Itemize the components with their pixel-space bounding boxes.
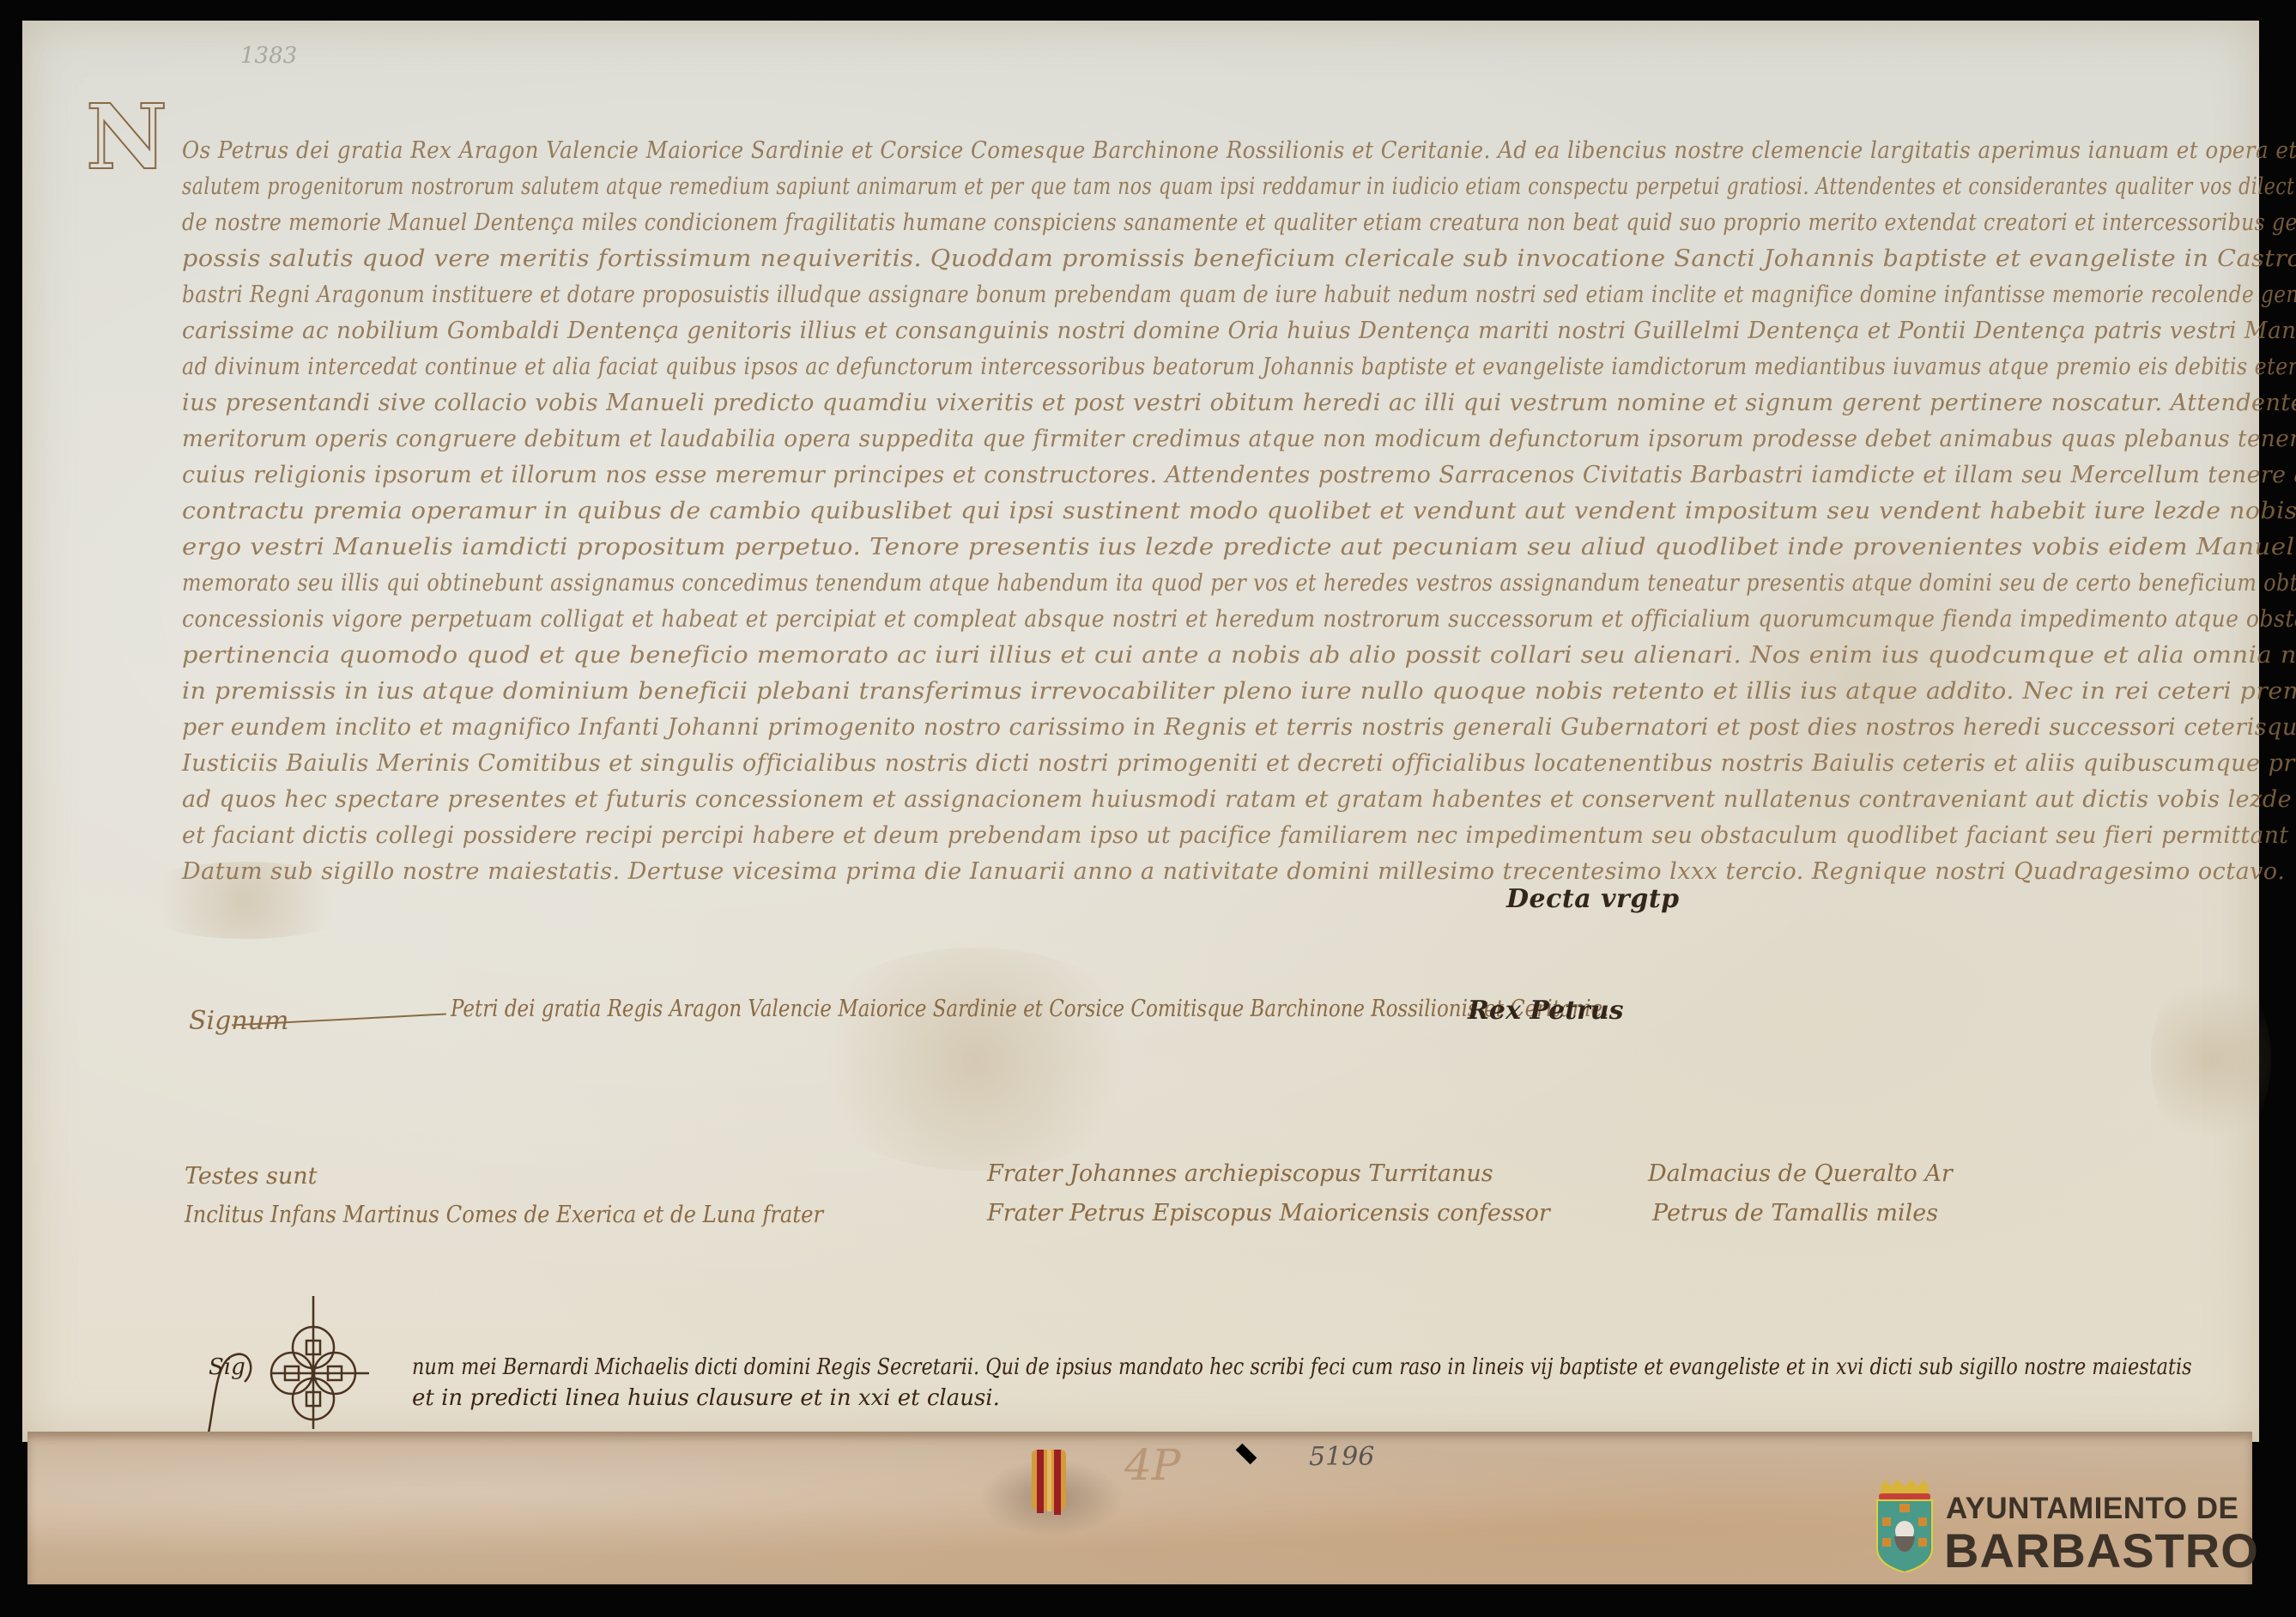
text-line: memorato seu illis qui obtinebunt assign…	[182, 570, 2296, 597]
text-line: et faciant dictis collegi possidere reci…	[182, 822, 2296, 849]
text-line: per eundem inclito et magnifico Infanti …	[182, 714, 2296, 741]
witness-name: Frater Petrus Episcopus Maioricensis con…	[987, 1200, 1550, 1226]
text-line: Os Petrus dei gratia Rex Aragon Valencie…	[182, 137, 2296, 164]
witness-name: Frater Johannes archiepiscopus Turritanu…	[987, 1160, 1493, 1187]
ayuntamiento-barbastro-watermark: AYUNTAMIENTO DE BARBASTRO	[1875, 1480, 2279, 1583]
text-line: ad divinum intercedat continue et alia f…	[182, 354, 2296, 380]
royal-signum-text: Petri dei gratia Regis Aragon Valencie M…	[451, 996, 1608, 1022]
text-line: meritorum operis congruere debitum et la…	[182, 426, 2296, 452]
coat-of-arms-icon	[1875, 1480, 1934, 1572]
notary-subscription-line-1: num mei Bernardi Michaelis dicti domini …	[412, 1354, 2192, 1380]
notary-subscription-line-2: et in predicti linea huius clausure et i…	[412, 1385, 1000, 1411]
signum-label: Signum	[189, 1006, 288, 1036]
text-line: de nostre memorie Manuel Dentença miles …	[182, 209, 2296, 236]
seal-cord-icon	[1030, 1446, 1068, 1515]
text-line: salutem progenitorum nostrorum salutem a…	[182, 173, 2296, 200]
witness-name: Inclitus Infans Martinus Comes de Exeric…	[185, 1202, 823, 1228]
edge-stain	[2151, 965, 2271, 1154]
text-line: carissime ac nobilium Gombaldi Dentença …	[182, 318, 2296, 344]
dating-clause: Datum sub sigillo nostre maiestatis. Der…	[182, 858, 2285, 885]
royal-subscription: Rex Petrus	[1468, 996, 1624, 1026]
text-line: ius presentandi sive collacio vobis Manu…	[182, 390, 2296, 416]
text-line: concessionis vigore perpetuam colligat e…	[182, 606, 2296, 633]
text-line: cuius religionis ipsorum et illorum nos …	[182, 462, 2296, 488]
decorated-initial: N	[86, 100, 180, 175]
text-line: ergo vestri Manuelis iamdicti propositum…	[182, 534, 2296, 560]
notary-sign-label: Sig	[209, 1354, 245, 1380]
witness-name: Petrus de Tamallis miles	[1652, 1200, 1938, 1226]
watermark-line-1: AYUNTAMIENTO DE	[1946, 1492, 2238, 1526]
text-line: possis salutis quod vere meritis fortiss…	[182, 245, 2296, 272]
archive-number: 1383	[240, 43, 297, 69]
water-stain	[795, 948, 1155, 1171]
fold-inscription-right: 5196	[1309, 1442, 1374, 1472]
text-line: in premissis in ius atque dominium benef…	[182, 678, 2296, 705]
witnesses-heading: Testes sunt	[185, 1163, 318, 1190]
witness-name: Dalmacius de Queralto Ar	[1648, 1160, 1953, 1187]
watermark-line-2: BARBASTRO	[1944, 1523, 2259, 1578]
text-line: Iusticiis Baiulis Merinis Comitibus et s…	[182, 750, 2296, 777]
text-line: contractu premia operamur in quibus de c…	[182, 498, 2296, 524]
text-line: bastri Regni Aragonum instituere et dota…	[182, 282, 2296, 308]
text-line: ad quos hec spectare presentes et futuri…	[182, 786, 2296, 813]
registration-note: Decta vrgtp	[1506, 884, 1680, 914]
text-line: pertinencia quomodo quod et que benefici…	[182, 642, 2296, 669]
fold-inscription-left: 4P	[1124, 1440, 1180, 1490]
